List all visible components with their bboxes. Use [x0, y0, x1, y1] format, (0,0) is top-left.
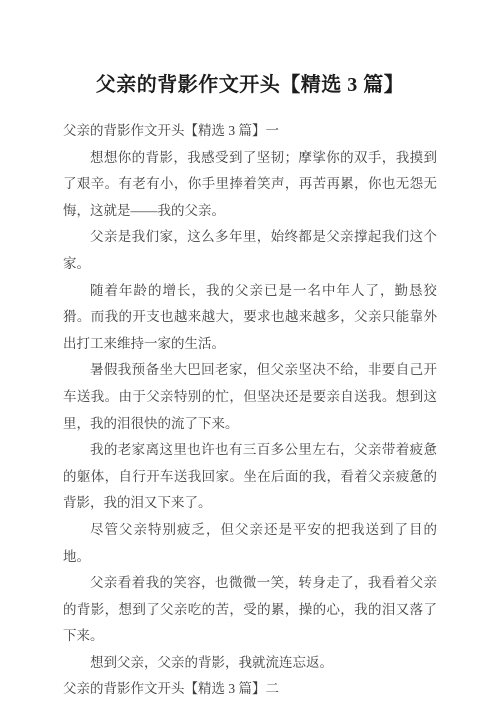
paragraph: 随着年龄的增长，我的父亲已是一名中年人了，勤恳狡猾。而我的开支也越来越大，要求也… [63, 278, 437, 358]
paragraph: 父亲看着我的笑容，也微微一笑，转身走了，我看着父亲的背影，想到了父亲吃的苦，受的… [63, 570, 437, 650]
paragraph: 尽管父亲特别疲乏，但父亲还是平安的把我送到了目的地。 [63, 517, 437, 570]
section-heading-two: 父亲的背影作文开头【精选 3 篇】二 [63, 676, 437, 703]
document-body: 父亲的背影作文开头【精选 3 篇】一 想想你的背影，我感受到了坚韧；摩挲你的双手… [63, 118, 437, 703]
page-number: - 1 - [0, 656, 500, 666]
paragraph: 想想你的背影，我感受到了坚韧；摩挲你的双手，我摸到了艰辛。有老有小，你手里捧着笑… [63, 145, 437, 225]
document-page: 父亲的背影作文开头【精选 3 篇】 父亲的背影作文开头【精选 3 篇】一 想想你… [0, 0, 500, 707]
paragraph: 暑假我预备坐大巴回老家，但父亲坚决不给，非要自己开车送我。由于父亲特别的忙，但坚… [63, 357, 437, 437]
section-heading-one: 父亲的背影作文开头【精选 3 篇】一 [63, 118, 437, 145]
paragraph: 父亲是我们家，这么多年里，始终都是父亲撑起我们这个家。 [63, 224, 437, 277]
document-title: 父亲的背影作文开头【精选 3 篇】 [0, 70, 500, 100]
paragraph: 我的老家离这里也许也有三百多公里左右，父亲带着疲惫的躯体，自行开车送我回家。坐在… [63, 437, 437, 517]
